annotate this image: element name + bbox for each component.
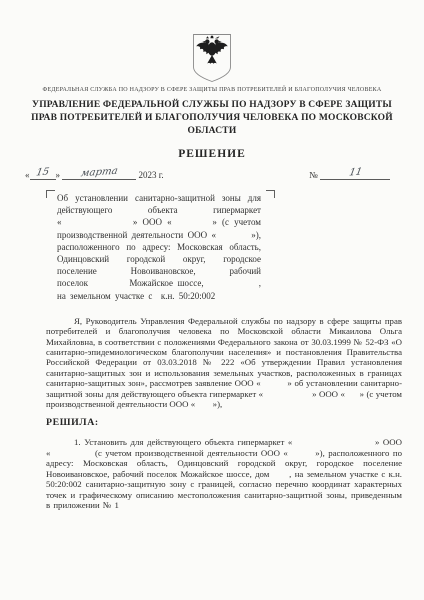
- date-close-quote: »: [56, 170, 61, 180]
- coat-of-arms-icon: [192, 33, 232, 83]
- number-label: №: [309, 170, 318, 180]
- corner-mark-right-icon: [266, 190, 275, 198]
- corner-mark-left-icon: [46, 190, 55, 198]
- resolved-heading: РЕШИЛА:: [46, 417, 424, 428]
- subject-block: Об установлении санитарно-защитной зоны …: [57, 192, 261, 302]
- document-title: РЕШЕНИЕ: [0, 148, 424, 160]
- date-field: «15» марта 2023 г.: [25, 168, 164, 180]
- number-blank: 11: [320, 168, 390, 180]
- number-field: № 11: [309, 168, 390, 180]
- subject-text: Об установлении санитарно-защитной зоны …: [57, 192, 261, 302]
- bottom-scan-fade: [0, 570, 424, 600]
- date-day-blank: 15: [30, 168, 56, 180]
- date-month-blank: марта: [62, 168, 136, 180]
- handwritten-number: 11: [348, 168, 363, 179]
- handwritten-day: 15: [35, 168, 50, 179]
- preamble-paragraph: Я, Руководитель Управления Федеральной с…: [46, 316, 402, 410]
- agency-name: ФЕДЕРАЛЬНАЯ СЛУЖБА ПО НАДЗОРУ В СФЕРЕ ЗА…: [0, 87, 424, 93]
- department-name: УПРАВЛЕНИЕ ФЕДЕРАЛЬНОЙ СЛУЖБЫ ПО НАДЗОРУ…: [20, 99, 404, 138]
- handwritten-month: марта: [80, 167, 118, 179]
- decision-document-page: ФЕДЕРАЛЬНАЯ СЛУЖБА ПО НАДЗОРУ В СФЕРЕ ЗА…: [0, 0, 424, 600]
- date-and-number-row: «15» марта 2023 г. № 11: [25, 168, 390, 180]
- clause-1-paragraph: 1. Установить для действующего объекта г…: [46, 437, 402, 511]
- year-label: 2023 г.: [139, 170, 164, 180]
